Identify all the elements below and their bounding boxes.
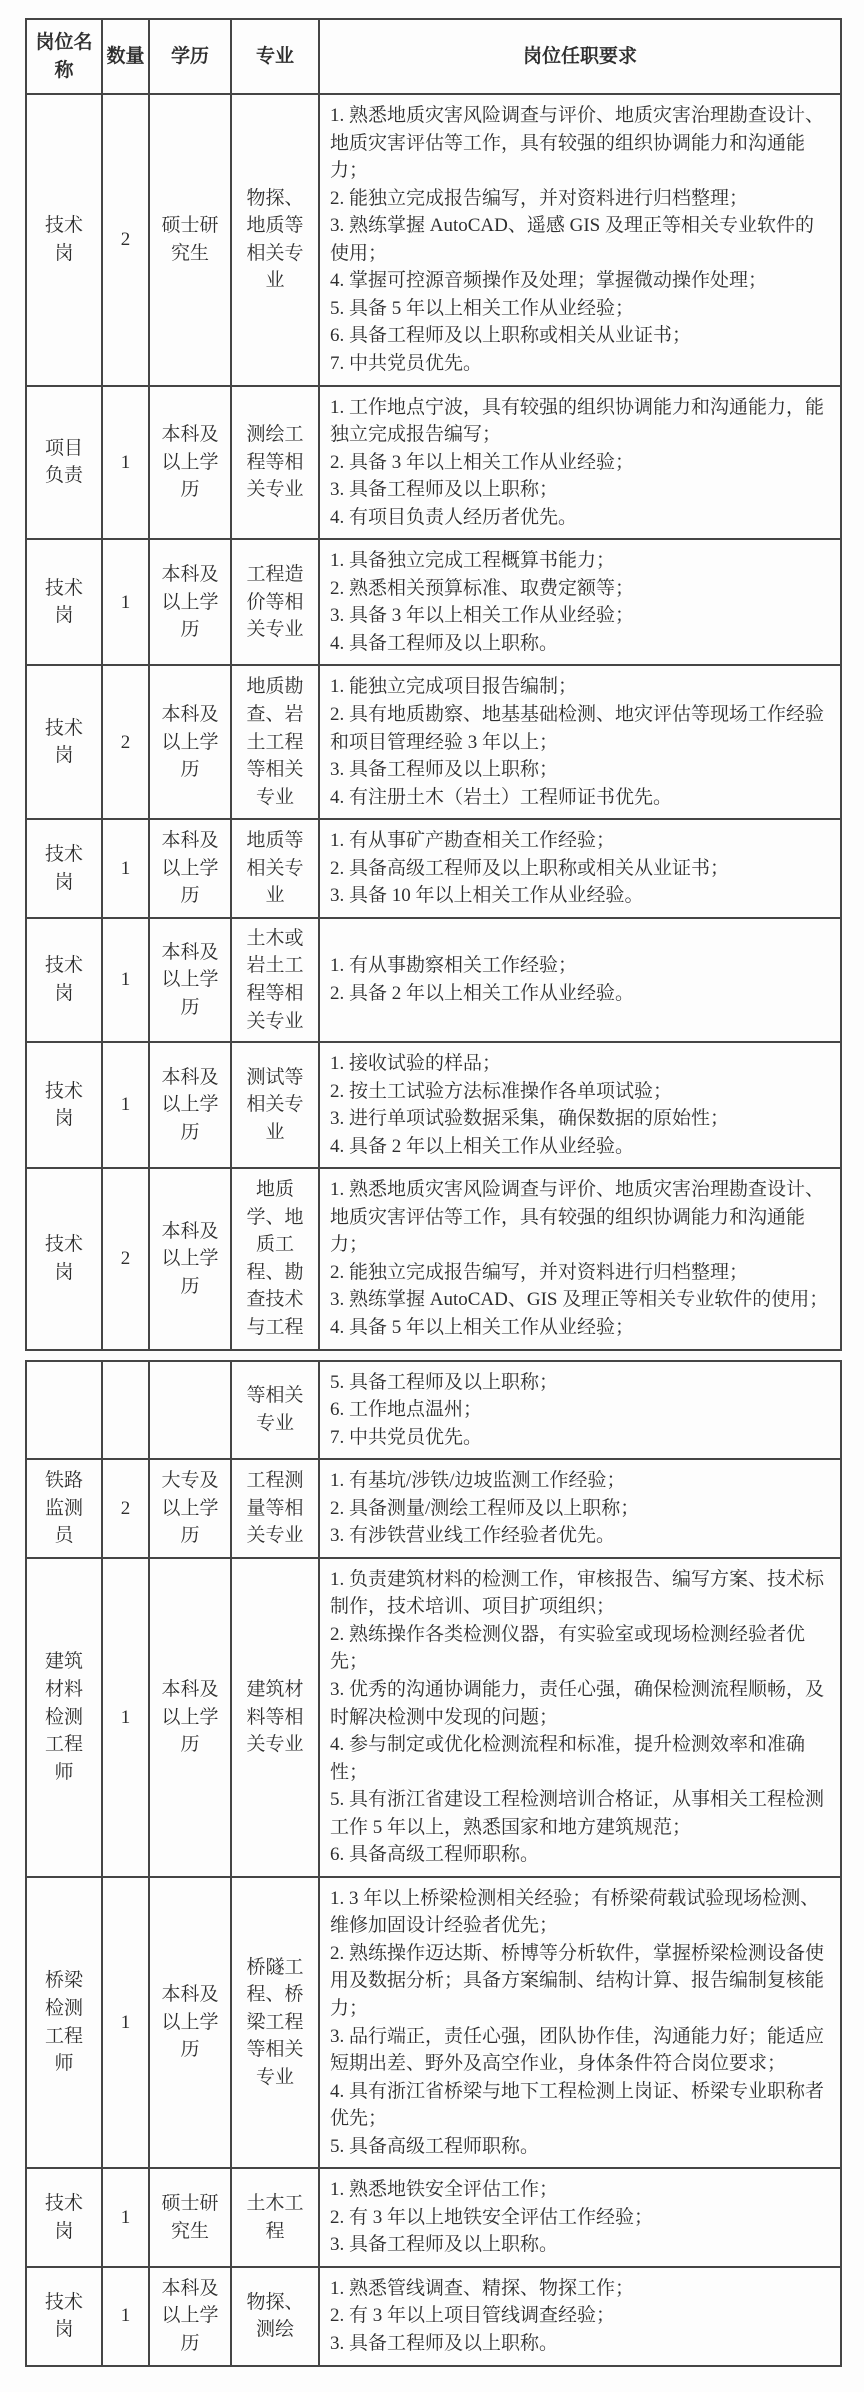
table-body-part-1: 技术岗2硕士研究生物探、地质等相关专业1. 熟悉地质灾害风险调查与评价、地质灾害…	[26, 94, 841, 1349]
education-cell: 本科及以上学历	[149, 539, 231, 665]
position-cell: 技术岗	[26, 94, 102, 385]
position-cell: 铁路监测员	[26, 1459, 102, 1558]
requirement-item: 4. 具备 2 年以上相关工作从业经验。	[330, 1133, 830, 1161]
major-cell: 等相关专业	[231, 1361, 319, 1460]
requirement-item: 5. 具备高级工程师职称。	[330, 2133, 830, 2161]
position-cell: 桥梁检测工程师	[26, 1877, 102, 2168]
count-cell: 1	[102, 1558, 149, 1877]
requirement-item: 1. 有基坑/涉铁/边坡监测工作经验；	[330, 1467, 830, 1495]
requirements-cell: 1. 有从事勘察相关工作经验；2. 具备 2 年以上相关工作从业经验。	[319, 918, 841, 1042]
header-count: 数量	[102, 19, 149, 94]
position-cell: 技术岗	[26, 918, 102, 1042]
requirements-cell: 1. 具备独立完成工程概算书能力；2. 熟悉相关预算标准、取费定额等；3. 具备…	[319, 539, 841, 665]
requirement-item: 7. 中共党员优先。	[330, 1424, 830, 1452]
major-cell: 工程测量等相关专业	[231, 1459, 319, 1558]
table-row: 技术岗1本科及以上学历物探、测绘1. 熟悉管线调查、精探、物探工作；2. 有 3…	[26, 2267, 841, 2366]
requirement-item: 6. 工作地点温州；	[330, 1396, 830, 1424]
count-cell: 1	[102, 539, 149, 665]
major-cell: 地质学、地质工程、勘查技术与工程	[231, 1168, 319, 1349]
count-cell: 1	[102, 386, 149, 540]
education-cell: 本科及以上学历	[149, 918, 231, 1042]
position-cell: 技术岗	[26, 1042, 102, 1168]
count-cell: 1	[102, 819, 149, 918]
requirement-item: 4. 参与制定或优化检测流程和标准，提升检测效率和准确性；	[330, 1731, 830, 1786]
requirements-cell: 1. 能独立完成项目报告编制；2. 具有地质勘察、地基基础检测、地灾评估等现场工…	[319, 665, 841, 819]
requirements-cell: 1. 熟悉管线调查、精探、物探工作；2. 有 3 年以上项目管线调查经验；3. …	[319, 2267, 841, 2366]
count-cell: 1	[102, 918, 149, 1042]
count-cell: 1	[102, 1877, 149, 2168]
requirement-item: 2. 具备高级工程师及以上职称或相关从业证书；	[330, 855, 830, 883]
requirement-item: 1. 熟悉管线调查、精探、物探工作；	[330, 2275, 830, 2303]
requirements-cell: 1. 工作地点宁波，具有较强的组织协调能力和沟通能力，能独立完成报告编写；2. …	[319, 386, 841, 540]
header-education: 学历	[149, 19, 231, 94]
requirement-item: 3. 具备 3 年以上相关工作从业经验；	[330, 602, 830, 630]
education-cell: 本科及以上学历	[149, 386, 231, 540]
major-cell: 建筑材料等相关专业	[231, 1558, 319, 1877]
requirement-item: 1. 熟悉地铁安全评估工作；	[330, 2176, 830, 2204]
recruitment-table-part-2: 等相关专业5. 具备工程师及以上职称；6. 工作地点温州；7. 中共党员优先。铁…	[25, 1360, 842, 2367]
requirement-item: 1. 负责建筑材料的检测工作，审核报告、编写方案、技术标制作，技术培训、项目扩项…	[330, 1566, 830, 1621]
position-cell: 技术岗	[26, 2267, 102, 2366]
major-cell: 桥隧工程、桥梁工程等相关专业	[231, 1877, 319, 2168]
requirement-item: 3. 具备工程师及以上职称；	[330, 756, 830, 784]
position-cell: 技术岗	[26, 665, 102, 819]
major-cell: 物探、测绘	[231, 2267, 319, 2366]
recruitment-table-part-1: 岗位名称 数量 学历 专业 岗位任职要求 技术岗2硕士研究生物探、地质等相关专业…	[25, 18, 842, 1351]
requirements-cell: 1. 熟悉地质灾害风险调查与评价、地质灾害治理勘查设计、地质灾害评估等工作，具有…	[319, 1168, 841, 1349]
education-cell: 本科及以上学历	[149, 819, 231, 918]
table-header-row: 岗位名称 数量 学历 专业 岗位任职要求	[26, 19, 841, 94]
requirements-cell: 5. 具备工程师及以上职称；6. 工作地点温州；7. 中共党员优先。	[319, 1361, 841, 1460]
table-row: 技术岗1本科及以上学历土木或岩土工程等相关专业1. 有从事勘察相关工作经验；2.…	[26, 918, 841, 1042]
requirement-item: 2. 能独立完成报告编写，并对资料进行归档整理；	[330, 185, 830, 213]
major-cell: 测绘工程等相关专业	[231, 386, 319, 540]
major-cell: 土木或岩土工程等相关专业	[231, 918, 319, 1042]
education-cell: 本科及以上学历	[149, 1877, 231, 2168]
requirements-cell: 1. 3 年以上桥梁检测相关经验；有桥梁荷载试验现场检测、维修加固设计经验者优先…	[319, 1877, 841, 2168]
education-cell: 本科及以上学历	[149, 1558, 231, 1877]
count-cell: 2	[102, 1459, 149, 1558]
requirement-item: 4. 具备 5 年以上相关工作从业经验；	[330, 1314, 830, 1342]
table-row: 技术岗1硕士研究生土木工程1. 熟悉地铁安全评估工作；2. 有 3 年以上地铁安…	[26, 2168, 841, 2267]
requirement-item: 5. 具有浙江省建设工程检测培训合格证，从事相关工程检测工作 5 年以上，熟悉国…	[330, 1786, 830, 1841]
count-cell: 1	[102, 2168, 149, 2267]
requirement-item: 3. 熟练掌握 AutoCAD、遥感 GIS 及理正等相关专业软件的使用；	[330, 212, 830, 267]
count-cell: 2	[102, 665, 149, 819]
requirement-item: 1. 熟悉地质灾害风险调查与评价、地质灾害治理勘查设计、地质灾害评估等工作，具有…	[330, 1176, 830, 1259]
requirement-item: 2. 有 3 年以上地铁安全评估工作经验；	[330, 2204, 830, 2232]
requirement-item: 3. 有涉铁营业线工作经验者优先。	[330, 1522, 830, 1550]
requirement-item: 5. 具备 5 年以上相关工作从业经验；	[330, 295, 830, 323]
table-body-part-2: 等相关专业5. 具备工程师及以上职称；6. 工作地点温州；7. 中共党员优先。铁…	[26, 1361, 841, 2366]
requirements-cell: 1. 熟悉地质灾害风险调查与评价、地质灾害治理勘查设计、地质灾害评估等工作，具有…	[319, 94, 841, 385]
requirement-item: 3. 具备 10 年以上相关工作从业经验。	[330, 882, 830, 910]
header-requirements: 岗位任职要求	[319, 19, 841, 94]
education-cell	[149, 1361, 231, 1460]
count-cell: 1	[102, 1042, 149, 1168]
education-cell: 本科及以上学历	[149, 1042, 231, 1168]
requirement-item: 3. 具备工程师及以上职称；	[330, 476, 830, 504]
requirement-item: 7. 中共党员优先。	[330, 350, 830, 378]
header-major: 专业	[231, 19, 319, 94]
position-cell: 技术岗	[26, 819, 102, 918]
requirement-item: 3. 进行单项试验数据采集，确保数据的原始性；	[330, 1105, 830, 1133]
count-cell	[102, 1361, 149, 1460]
major-cell: 测试等相关专业	[231, 1042, 319, 1168]
requirement-item: 2. 熟练操作迈达斯、桥博等分析软件，掌握桥梁检测设备使用及数据分析；具备方案编…	[330, 1940, 830, 2023]
position-cell: 技术岗	[26, 539, 102, 665]
education-cell: 本科及以上学历	[149, 2267, 231, 2366]
requirement-item: 1. 熟悉地质灾害风险调查与评价、地质灾害治理勘查设计、地质灾害评估等工作，具有…	[330, 102, 830, 185]
requirement-item: 4. 有项目负责人经历者优先。	[330, 504, 830, 532]
requirement-item: 4. 有注册土木（岩土）工程师证书优先。	[330, 784, 830, 812]
position-cell: 项目负责	[26, 386, 102, 540]
table-row: 技术岗1本科及以上学历测试等相关专业1. 接收试验的样品；2. 按土工试验方法标…	[26, 1042, 841, 1168]
requirement-item: 1. 接收试验的样品；	[330, 1050, 830, 1078]
requirement-item: 2. 按土工试验方法标准操作各单项试验；	[330, 1078, 830, 1106]
requirement-item: 2. 具备测量/测绘工程师及以上职称；	[330, 1495, 830, 1523]
table-row: 技术岗2本科及以上学历地质勘查、岩土工程等相关专业1. 能独立完成项目报告编制；…	[26, 665, 841, 819]
requirement-item: 1. 具备独立完成工程概算书能力；	[330, 547, 830, 575]
requirement-item: 2. 具有地质勘察、地基基础检测、地灾评估等现场工作经验和项目管理经验 3 年以…	[330, 701, 830, 756]
requirement-item: 3. 熟练掌握 AutoCAD、GIS 及理正等相关专业软件的使用；	[330, 1286, 830, 1314]
requirement-item: 3. 品行端正，责任心强，团队协作佳，沟通能力好；能适应短期出差、野外及高空作业…	[330, 2023, 830, 2078]
position-cell	[26, 1361, 102, 1460]
requirement-item: 6. 具备工程师及以上职称或相关从业证书；	[330, 322, 830, 350]
requirement-item: 2. 能独立完成报告编写，并对资料进行归档整理；	[330, 1259, 830, 1287]
requirement-item: 1. 有从事勘察相关工作经验；	[330, 952, 830, 980]
requirements-cell: 1. 有基坑/涉铁/边坡监测工作经验；2. 具备测量/测绘工程师及以上职称；3.…	[319, 1459, 841, 1558]
requirement-item: 4. 具有浙江省桥梁与地下工程检测上岗证、桥梁专业职称者优先；	[330, 2078, 830, 2133]
major-cell: 土木工程	[231, 2168, 319, 2267]
requirement-item: 6. 具备高级工程师职称。	[330, 1841, 830, 1869]
table-row: 技术岗1本科及以上学历工程造价等相关专业1. 具备独立完成工程概算书能力；2. …	[26, 539, 841, 665]
position-cell: 建筑材料检测工程师	[26, 1558, 102, 1877]
education-cell: 本科及以上学历	[149, 665, 231, 819]
requirement-item: 2. 具备 2 年以上相关工作从业经验。	[330, 980, 830, 1008]
requirement-item: 3. 具备工程师及以上职称。	[330, 2231, 830, 2259]
table-row: 技术岗2本科及以上学历地质学、地质工程、勘查技术与工程1. 熟悉地质灾害风险调查…	[26, 1168, 841, 1349]
requirements-cell: 1. 接收试验的样品；2. 按土工试验方法标准操作各单项试验；3. 进行单项试验…	[319, 1042, 841, 1168]
major-cell: 物探、地质等相关专业	[231, 94, 319, 385]
requirement-item: 2. 熟悉相关预算标准、取费定额等；	[330, 575, 830, 603]
major-cell: 地质等相关专业	[231, 819, 319, 918]
count-cell: 2	[102, 94, 149, 385]
table-row: 铁路监测员2大专及以上学历工程测量等相关专业1. 有基坑/涉铁/边坡监测工作经验…	[26, 1459, 841, 1558]
table-row: 桥梁检测工程师1本科及以上学历桥隧工程、桥梁工程等相关专业1. 3 年以上桥梁检…	[26, 1877, 841, 2168]
count-cell: 1	[102, 2267, 149, 2366]
requirement-item: 1. 能独立完成项目报告编制；	[330, 673, 830, 701]
requirement-item: 3. 优秀的沟通协调能力，责任心强，确保检测流程顺畅，及时解决检测中发现的问题；	[330, 1676, 830, 1731]
table-row: 技术岗2硕士研究生物探、地质等相关专业1. 熟悉地质灾害风险调查与评价、地质灾害…	[26, 94, 841, 385]
requirement-item: 2. 有 3 年以上项目管线调查经验；	[330, 2302, 830, 2330]
education-cell: 大专及以上学历	[149, 1459, 231, 1558]
education-cell: 硕士研究生	[149, 94, 231, 385]
requirement-item: 1. 有从事矿产勘查相关工作经验；	[330, 827, 830, 855]
table-row: 项目负责1本科及以上学历测绘工程等相关专业1. 工作地点宁波，具有较强的组织协调…	[26, 386, 841, 540]
requirement-item: 2. 具备 3 年以上相关工作从业经验；	[330, 449, 830, 477]
position-cell: 技术岗	[26, 2168, 102, 2267]
table-row: 技术岗1本科及以上学历地质等相关专业1. 有从事矿产勘查相关工作经验；2. 具备…	[26, 819, 841, 918]
requirement-item: 4. 掌握可控源音频操作及处理；掌握微动操作处理；	[330, 267, 830, 295]
recruitment-document-page: 岗位名称 数量 学历 专业 岗位任职要求 技术岗2硕士研究生物探、地质等相关专业…	[0, 0, 864, 2392]
major-cell: 地质勘查、岩土工程等相关专业	[231, 665, 319, 819]
table-row: 建筑材料检测工程师1本科及以上学历建筑材料等相关专业1. 负责建筑材料的检测工作…	[26, 1558, 841, 1877]
major-cell: 工程造价等相关专业	[231, 539, 319, 665]
requirement-item: 2. 熟练操作各类检测仪器，有实验室或现场检测经验者优先；	[330, 1621, 830, 1676]
education-cell: 硕士研究生	[149, 2168, 231, 2267]
header-position: 岗位名称	[26, 19, 102, 94]
position-cell: 技术岗	[26, 1168, 102, 1349]
requirement-item: 1. 工作地点宁波，具有较强的组织协调能力和沟通能力，能独立完成报告编写；	[330, 394, 830, 449]
requirement-item: 3. 具备工程师及以上职称。	[330, 2330, 830, 2358]
requirement-item: 1. 3 年以上桥梁检测相关经验；有桥梁荷载试验现场检测、维修加固设计经验者优先…	[330, 1885, 830, 1940]
requirements-cell: 1. 负责建筑材料的检测工作，审核报告、编写方案、技术标制作，技术培训、项目扩项…	[319, 1558, 841, 1877]
requirements-cell: 1. 熟悉地铁安全评估工作；2. 有 3 年以上地铁安全评估工作经验；3. 具备…	[319, 2168, 841, 2267]
requirement-item: 5. 具备工程师及以上职称；	[330, 1369, 830, 1397]
table-row: 等相关专业5. 具备工程师及以上职称；6. 工作地点温州；7. 中共党员优先。	[26, 1361, 841, 1460]
requirement-item: 4. 具备工程师及以上职称。	[330, 630, 830, 658]
requirements-cell: 1. 有从事矿产勘查相关工作经验；2. 具备高级工程师及以上职称或相关从业证书；…	[319, 819, 841, 918]
count-cell: 2	[102, 1168, 149, 1349]
education-cell: 本科及以上学历	[149, 1168, 231, 1349]
